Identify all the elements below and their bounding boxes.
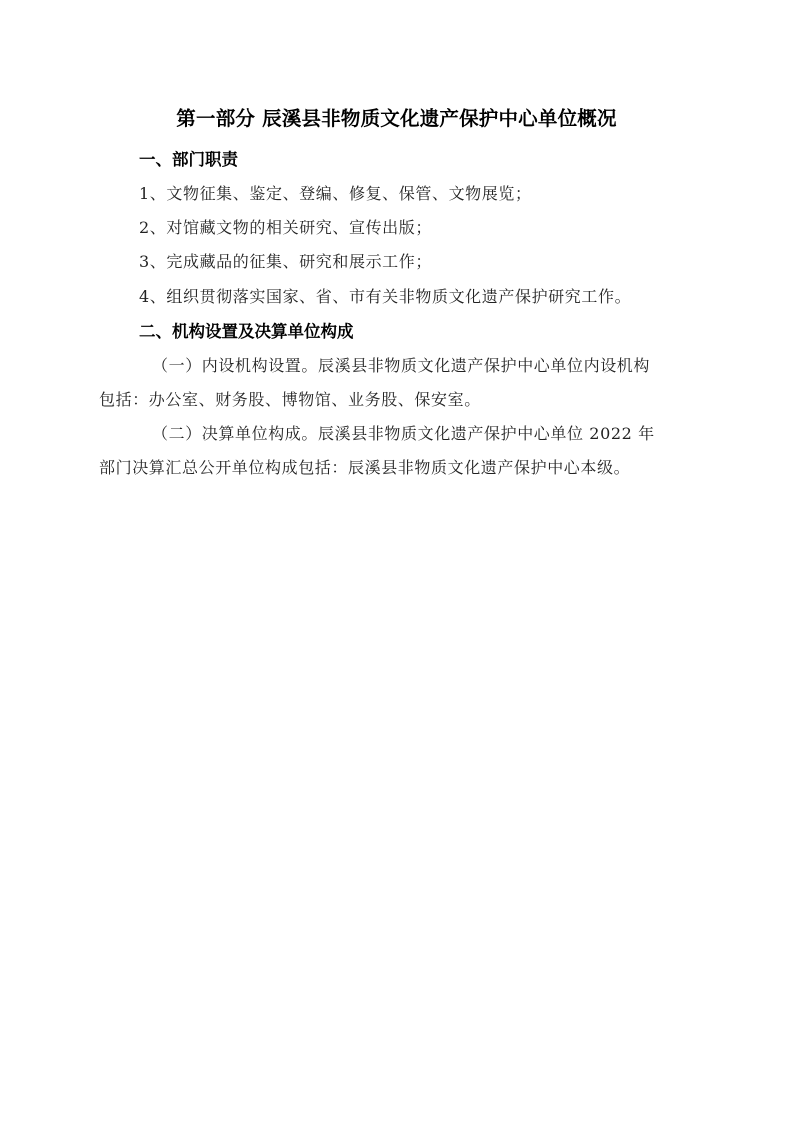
structure-para-2-line-2: 部门决算汇总公开单位构成包括：辰溪县非物质文化遗产保护中心本级。	[99, 455, 630, 478]
duty-item-1: 1、文物征集、鉴定、登编、修复、保管、文物展览；	[139, 181, 532, 204]
section-heading-structure: 二、机构设置及决算单位构成	[139, 318, 354, 342]
page-title: 第一部分 辰溪县非物质文化遗产保护中心单位概况	[0, 103, 793, 131]
structure-para-2-line-1: （二）决算单位构成。辰溪县非物质文化遗产保护中心单位 2022 年	[152, 421, 655, 444]
duty-item-4: 4、组织贯彻落实国家、省、市有关非物质文化遗产保护研究工作。	[139, 284, 631, 307]
section-heading-duties: 一、部门职责	[139, 146, 238, 170]
duty-item-3: 3、完成藏品的征集、研究和展示工作；	[139, 249, 432, 272]
duty-item-2: 2、对馆藏文物的相关研究、宣传出版；	[139, 215, 432, 238]
structure-para-1-line-1: （一）内设机构设置。辰溪县非物质文化遗产保护中心单位内设机构	[152, 353, 650, 376]
document-page: 第一部分 辰溪县非物质文化遗产保护中心单位概况 一、部门职责 1、文物征集、鉴定…	[0, 0, 793, 1122]
structure-para-1-line-2: 包括：办公室、财务股、博物馆、业务股、保安室。	[99, 387, 481, 410]
